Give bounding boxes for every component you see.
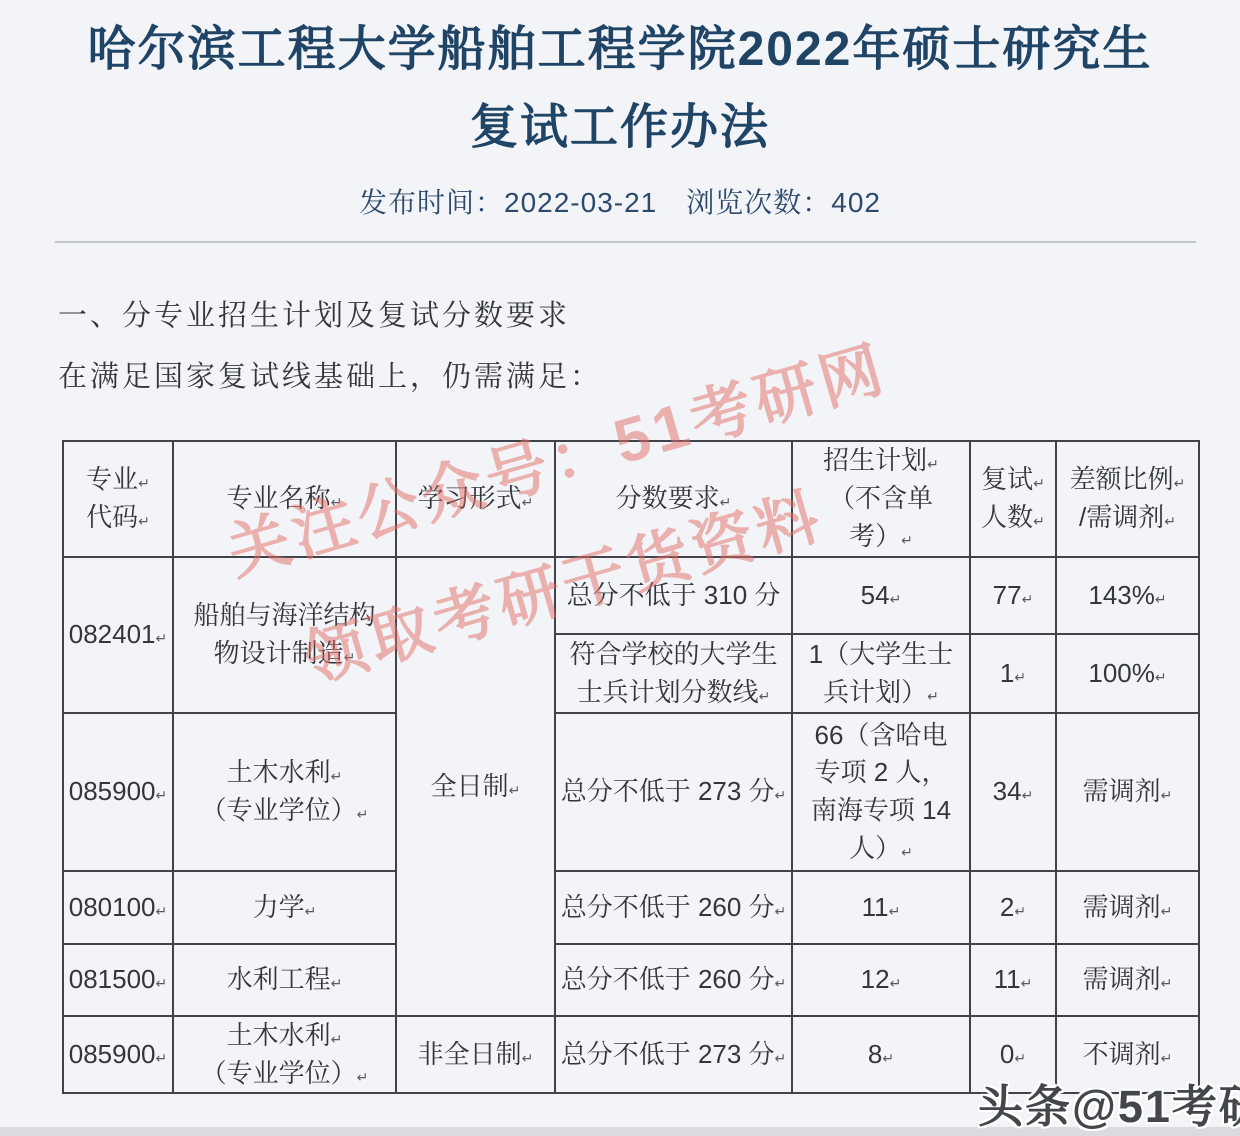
- cell-retest-count: 1↵: [970, 634, 1056, 713]
- publish-meta: 发布时间：2022-03-21 浏览次数：402: [0, 181, 1240, 221]
- cell-major-name: 土木水利↵ （专业学位）↵: [173, 1016, 396, 1093]
- header-cell-retest-count: 复试↵ 人数↵: [970, 441, 1056, 557]
- cell-ratio-adjust: 143%↵: [1056, 557, 1199, 634]
- cell-major-code: 085900↵: [63, 713, 173, 871]
- cell-ratio-adjust: 100%↵: [1056, 634, 1199, 713]
- table-row: 082401↵ 船舶与海洋结构 物设计制造↵ 全日制↵ 总分不低于 310 分 …: [63, 557, 1199, 634]
- cell-score-requirement: 符合学校的大学生 士兵计划分数线↵: [555, 634, 792, 713]
- cell-ratio-adjust: 需调剂↵: [1056, 944, 1199, 1016]
- cell-enroll-plan: 11↵: [792, 871, 970, 944]
- cell-retest-count: 11↵: [970, 944, 1056, 1016]
- cell-score-requirement: 总分不低于 260 分↵: [555, 944, 792, 1016]
- cell-enroll-plan: 1（大学生士 兵计划）↵: [792, 634, 970, 713]
- cell-ratio-adjust: 需调剂↵: [1056, 871, 1199, 944]
- page-title-line-1: 哈尔滨工程大学船舶工程学院2022年硕士研究生: [0, 10, 1240, 79]
- cell-major-code: 080100↵: [63, 871, 173, 944]
- admissions-table: 专业↵ 代码↵ 专业名称↵ 学习形式↵ 分数要求↵ 招生计划↵ （不含单 考）↵…: [62, 440, 1200, 1094]
- divider-line: [55, 241, 1196, 243]
- document-page: 哈尔滨工程大学船舶工程学院2022年硕士研究生 复试工作办法 发布时间：2022…: [0, 0, 1240, 1136]
- section-intro: 在满足国家复试线基础上，仍需满足：: [58, 354, 602, 395]
- cell-enroll-plan: 12↵: [792, 944, 970, 1016]
- header-cell-score-requirement: 分数要求↵: [555, 441, 792, 557]
- cell-enroll-plan: 8↵: [792, 1016, 970, 1093]
- header-cell-study-form: 学习形式↵: [396, 441, 555, 557]
- cell-major-name: 水利工程↵: [173, 944, 396, 1016]
- cell-major-name: 力学↵: [173, 871, 396, 944]
- table-row: 081500↵ 水利工程↵ 总分不低于 260 分↵ 12↵ 11↵ 需调剂↵: [63, 944, 1199, 1016]
- cell-enroll-plan: 66（含哈电 专项 2 人， 南海专项 14 人）↵: [792, 713, 970, 871]
- cell-enroll-plan: 54↵: [792, 557, 970, 634]
- cell-major-name: 土木水利↵ （专业学位）↵: [173, 713, 396, 871]
- header-cell-enroll-plan: 招生计划↵ （不含单 考）↵: [792, 441, 970, 557]
- cell-retest-count: 77↵: [970, 557, 1056, 634]
- cell-study-form: 全日制↵: [396, 557, 555, 1016]
- header-cell-major-name: 专业名称↵: [173, 441, 396, 557]
- cell-major-code: 081500↵: [63, 944, 173, 1016]
- cell-score-requirement: 总分不低于 260 分↵: [555, 871, 792, 944]
- cell-retest-count: 34↵: [970, 713, 1056, 871]
- section-heading: 一、分专业招生计划及复试分数要求: [58, 293, 570, 334]
- cell-major-code: 085900↵: [63, 1016, 173, 1093]
- table-header-row: 专业↵ 代码↵ 专业名称↵ 学习形式↵ 分数要求↵ 招生计划↵ （不含单 考）↵…: [63, 441, 1199, 557]
- header-cell-major-code: 专业↵ 代码↵: [63, 441, 173, 557]
- table-row: 085900↵ 土木水利↵ （专业学位）↵ 总分不低于 273 分↵ 66（含哈…: [63, 713, 1199, 871]
- cell-ratio-adjust: 需调剂↵: [1056, 713, 1199, 871]
- cell-score-requirement: 总分不低于 273 分↵: [555, 713, 792, 871]
- cell-retest-count: 2↵: [970, 871, 1056, 944]
- page-title-line-2: 复试工作办法: [0, 88, 1240, 157]
- cell-major-name: 船舶与海洋结构 物设计制造↵: [173, 557, 396, 713]
- cell-study-form: 非全日制↵: [396, 1016, 555, 1093]
- header-cell-ratio-adjust: 差额比例↵ /需调剂↵: [1056, 441, 1199, 557]
- toutiao-watermark: 头条@51考研网: [978, 1070, 1240, 1135]
- cell-major-code: 082401↵: [63, 557, 173, 713]
- cell-score-requirement: 总分不低于 310 分: [555, 557, 792, 634]
- cell-score-requirement: 总分不低于 273 分↵: [555, 1016, 792, 1093]
- table-row: 080100↵ 力学↵ 总分不低于 260 分↵ 11↵ 2↵ 需调剂↵: [63, 871, 1199, 944]
